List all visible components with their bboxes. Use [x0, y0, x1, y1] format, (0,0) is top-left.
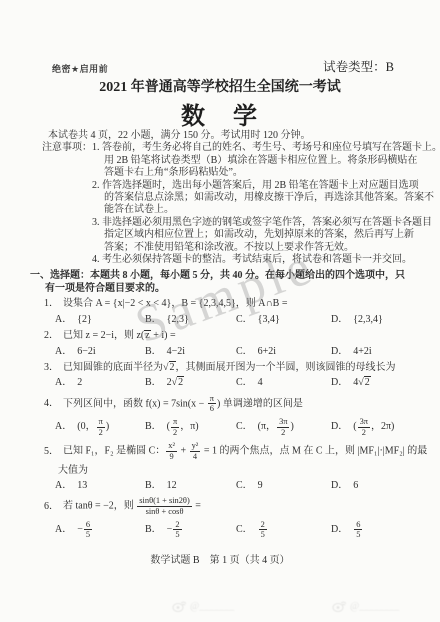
options-row: A．13B．12C．9D．6: [55, 480, 440, 492]
note-line: 用 2B 铅笔将试卷类型（B）填涂在答题卡相应位置上。将条形码横贴在: [104, 155, 440, 167]
weibo-icon: [332, 600, 347, 612]
note-number: 1.: [92, 142, 102, 153]
options-row: A．2B．2√2C．4D．4√2: [55, 377, 440, 389]
question-stem: 5．已知 F₁，F₂ 是椭圆 C：x²9 + y²4 = 1 的两个焦点，点 M…: [44, 441, 440, 461]
weibo-watermark-right: @________: [332, 600, 399, 612]
option-value: {2,3,4}: [353, 314, 383, 325]
sqrt-radicand: 2: [364, 376, 371, 388]
note-number: 4.: [92, 254, 102, 265]
option-label: D．: [331, 524, 348, 535]
note-line: 能答在试卷上。: [104, 204, 440, 216]
question-stem: 3．已知圆锥的底面半径为√2，其侧面展开图为一个半圆，则该圆锥的母线长为: [44, 362, 440, 374]
paper-body: 本试卷共 4 页，22 小题，满分 150 分。考试用时 120 分钟。 注意事…: [0, 130, 440, 544]
option-label: C．: [236, 346, 253, 357]
paper-type-label: 试卷类型：B: [323, 57, 394, 75]
question-number: 3．: [44, 362, 59, 373]
note-line: 指定区域内相应位置上；如需改动，先划掉原来的答案，然后再写上新: [104, 229, 440, 241]
option-label: A．: [55, 346, 72, 357]
overbar-symbol: z: [144, 330, 150, 342]
option-label: C．: [236, 480, 253, 491]
question: 6．若 tanθ = −2，则 sinθ(1 + sin2θ)sinθ + co…: [0, 496, 440, 540]
options-row: A．−65B．−25C．25D．65: [55, 520, 440, 540]
note-line: 答题卡右上角“条形码粘贴处”。: [104, 167, 440, 179]
note-number: 3.: [92, 217, 102, 228]
question-stem: 大值为: [58, 465, 440, 477]
note-line: 注意事项：1. 答卷前，考生务必将自己的姓名、考生号、考场号和座位号填写在答题卡…: [42, 142, 440, 154]
option-label: C．: [236, 421, 253, 432]
fraction: π6: [208, 394, 216, 414]
answer-option: D．6: [331, 480, 440, 492]
fraction: π2: [171, 417, 179, 437]
option-value: 4+2i: [353, 346, 371, 357]
note-line: 3. 非选择题必须用黑色字迹的钢笔或签字笔作答，答案必须写在答题卡各题目: [92, 217, 440, 229]
option-value: {2}: [77, 314, 92, 325]
question: 1．设集合 A = {x|−2 < x < 4}，B = {2,3,4,5}，则…: [0, 298, 440, 326]
answer-option: D．(3π2，2π): [331, 417, 440, 437]
question-number: 1．: [44, 298, 59, 309]
subject-title: 数 学: [0, 96, 440, 131]
option-label: D．: [331, 421, 348, 432]
classification-label: 绝密★启用前: [52, 62, 108, 75]
answer-option: B．(π2，π): [145, 417, 236, 437]
answer-option: D．{2,3,4}: [331, 314, 440, 326]
option-value: 65: [353, 524, 363, 535]
fraction: 65: [354, 520, 362, 540]
answer-option: A．2: [55, 377, 145, 389]
answer-option: A．6−2i: [55, 346, 145, 358]
answer-option: B．{2,3}: [145, 314, 236, 326]
question-stem: 2．已知 z = 2−i，则 z(z + i) =: [44, 330, 440, 342]
question: 2．已知 z = 2−i，则 z(z + i) =A．6−2iB．4−2iC．6…: [0, 330, 440, 358]
note-line: 的答案信息点涂黑；如需改动，用橡皮擦干净后，再选涂其他答案。答案不: [104, 192, 440, 204]
fraction: sinθ(1 + sin2θ)sinθ + cosθ: [137, 496, 191, 516]
option-value: 6−2i: [77, 346, 95, 357]
answer-option: B．12: [145, 480, 236, 492]
fraction: π2: [97, 417, 105, 437]
option-label: A．: [55, 524, 72, 535]
question: 4．下列区间中，函数 f(x) = 7sin(x − π6) 单调递增的区间是A…: [0, 394, 440, 438]
options-row: A．(0，π2)B．(π2，π)C．(π，3π2)D．(3π2，2π): [55, 417, 440, 437]
option-label: B．: [145, 480, 162, 491]
question-number: 4．: [44, 398, 59, 409]
option-label: B．: [145, 314, 162, 325]
option-label: C．: [236, 377, 253, 388]
note-number: 2.: [92, 180, 102, 191]
option-label: B．: [145, 524, 162, 535]
option-label: C．: [236, 524, 253, 535]
option-value: (π2，π): [167, 421, 199, 432]
option-value: −25: [167, 524, 183, 535]
fraction: 25: [259, 520, 267, 540]
question: 3．已知圆锥的底面半径为√2，其侧面展开图为一个半圆，则该圆锥的母线长为A．2B…: [0, 362, 440, 390]
fraction: 3π2: [358, 417, 370, 437]
option-value: 2: [77, 377, 82, 388]
answer-option: B．4−2i: [145, 346, 236, 358]
option-label: B．: [145, 346, 162, 357]
option-value: (3π2，2π): [353, 421, 394, 432]
option-value: 12: [167, 480, 177, 491]
answer-option: D．4√2: [331, 377, 440, 389]
fraction: 25: [173, 520, 181, 540]
paper-info: 本试卷共 4 页，22 小题，满分 150 分。考试用时 120 分钟。: [48, 130, 440, 142]
answer-option: A．13: [55, 480, 145, 492]
option-label: D．: [331, 480, 348, 491]
option-label: B．: [145, 377, 162, 388]
option-value: {3,4}: [258, 314, 280, 325]
answer-option: A．−65: [55, 520, 145, 540]
option-label: A．: [55, 421, 72, 432]
option-value: 6+2i: [258, 346, 276, 357]
option-value: 4−2i: [167, 346, 185, 357]
option-value: {2,3}: [167, 314, 189, 325]
exam-notes: 注意事项：1. 答卷前，考生务必将自己的姓名、考生号、考场号和座位号填写在答题卡…: [0, 142, 440, 266]
page-footer: 数学试题 B 第 1 页（共 4 页）: [0, 551, 440, 566]
option-label: D．: [331, 314, 348, 325]
fraction: 65: [84, 520, 92, 540]
answer-option: C．(π，3π2): [236, 417, 331, 437]
question: 5．已知 F₁，F₂ 是椭圆 C：x²9 + y²4 = 1 的两个焦点，点 M…: [0, 441, 440, 492]
option-value: −65: [77, 524, 93, 535]
option-value: 6: [353, 480, 358, 491]
weibo-icon: [172, 600, 187, 612]
option-value: (π，3π2): [258, 421, 294, 432]
option-value: 13: [77, 480, 87, 491]
question-stem: 6．若 tanθ = −2，则 sinθ(1 + sin2θ)sinθ + co…: [44, 496, 440, 516]
option-value: 9: [258, 480, 263, 491]
answer-option: C．6+2i: [236, 346, 331, 358]
weibo-watermark-left: @_______: [172, 600, 234, 612]
option-label: C．: [236, 314, 253, 325]
fraction: x²9: [166, 441, 177, 461]
question-number: 5．: [44, 446, 59, 457]
option-label: D．: [331, 377, 348, 388]
option-label: A．: [55, 377, 72, 388]
question-number: 6．: [44, 501, 59, 512]
answer-option: B．−25: [145, 520, 236, 540]
answer-option: C．9: [236, 480, 331, 492]
note-line: 4. 考生必须保持答题卡的整洁。考试结束后，将试卷和答题卡一并交回。: [92, 254, 440, 266]
section-heading-line: 有一项是符合题目要求的。: [45, 283, 440, 295]
watermark-handle: @________: [350, 601, 399, 612]
answer-option: C．{3,4}: [236, 314, 331, 326]
question-stem: 1．设集合 A = {x|−2 < x < 4}，B = {2,3,4,5}，则…: [44, 298, 440, 310]
exam-paper-page: 绝密★启用前 试卷类型：B 2021 年普通高等学校招生全国统一考试 数 学 本…: [0, 0, 440, 622]
option-label: D．: [331, 346, 348, 357]
exam-title: 2021 年普通高等学校招生全国统一考试: [0, 76, 440, 96]
question-stem: 4．下列区间中，函数 f(x) = 7sin(x − π6) 单调递增的区间是: [44, 394, 440, 414]
answer-option: B．2√2: [145, 377, 236, 389]
answer-option: A．{2}: [55, 314, 145, 326]
option-value: (0，π2): [77, 421, 109, 432]
answer-option: D．65: [331, 520, 440, 540]
question-number: 2．: [44, 330, 59, 341]
question-list: 1．设集合 A = {x|−2 < x < 4}，B = {2,3,4,5}，则…: [0, 298, 440, 540]
answer-option: A．(0，π2): [55, 417, 145, 437]
option-label: A．: [55, 314, 72, 325]
note-line: 答案；不准使用铅笔和涂改液。不按以上要求作答无效。: [104, 242, 440, 254]
option-label: A．: [55, 480, 72, 491]
option-value: 4√2: [353, 376, 371, 388]
option-value: 2√2: [167, 376, 185, 388]
fraction: 3π2: [277, 417, 289, 437]
options-row: A．{2}B．{2,3}C．{3,4}D．{2,3,4}: [55, 314, 440, 326]
notes-label: 注意事项：: [42, 142, 92, 153]
option-value: 4: [258, 377, 263, 388]
paper-header: 绝密★启用前 试卷类型：B: [52, 57, 394, 75]
section-heading-line: 一、选择题：本题共 8 小题，每小题 5 分，共 40 分。在每小题给出的四个选…: [30, 270, 440, 282]
fraction: y²4: [190, 441, 201, 461]
sqrt-radicand: 2: [169, 361, 176, 373]
options-row: A．6−2iB．4−2iC．6+2iD．4+2i: [55, 346, 440, 358]
note-line: 2. 作答选择题时，选出每小题答案后，用 2B 铅笔在答题卡上对应题目选项: [92, 180, 440, 192]
watermark-handle: @_______: [190, 601, 234, 612]
option-value: 25: [258, 524, 268, 535]
answer-option: D．4+2i: [331, 346, 440, 358]
option-label: B．: [145, 421, 162, 432]
answer-option: C．4: [236, 377, 331, 389]
sqrt-radicand: 2: [177, 376, 184, 388]
answer-option: C．25: [236, 520, 331, 540]
section-heading: 一、选择题：本题共 8 小题，每小题 5 分，共 40 分。在每小题给出的四个选…: [30, 270, 440, 295]
